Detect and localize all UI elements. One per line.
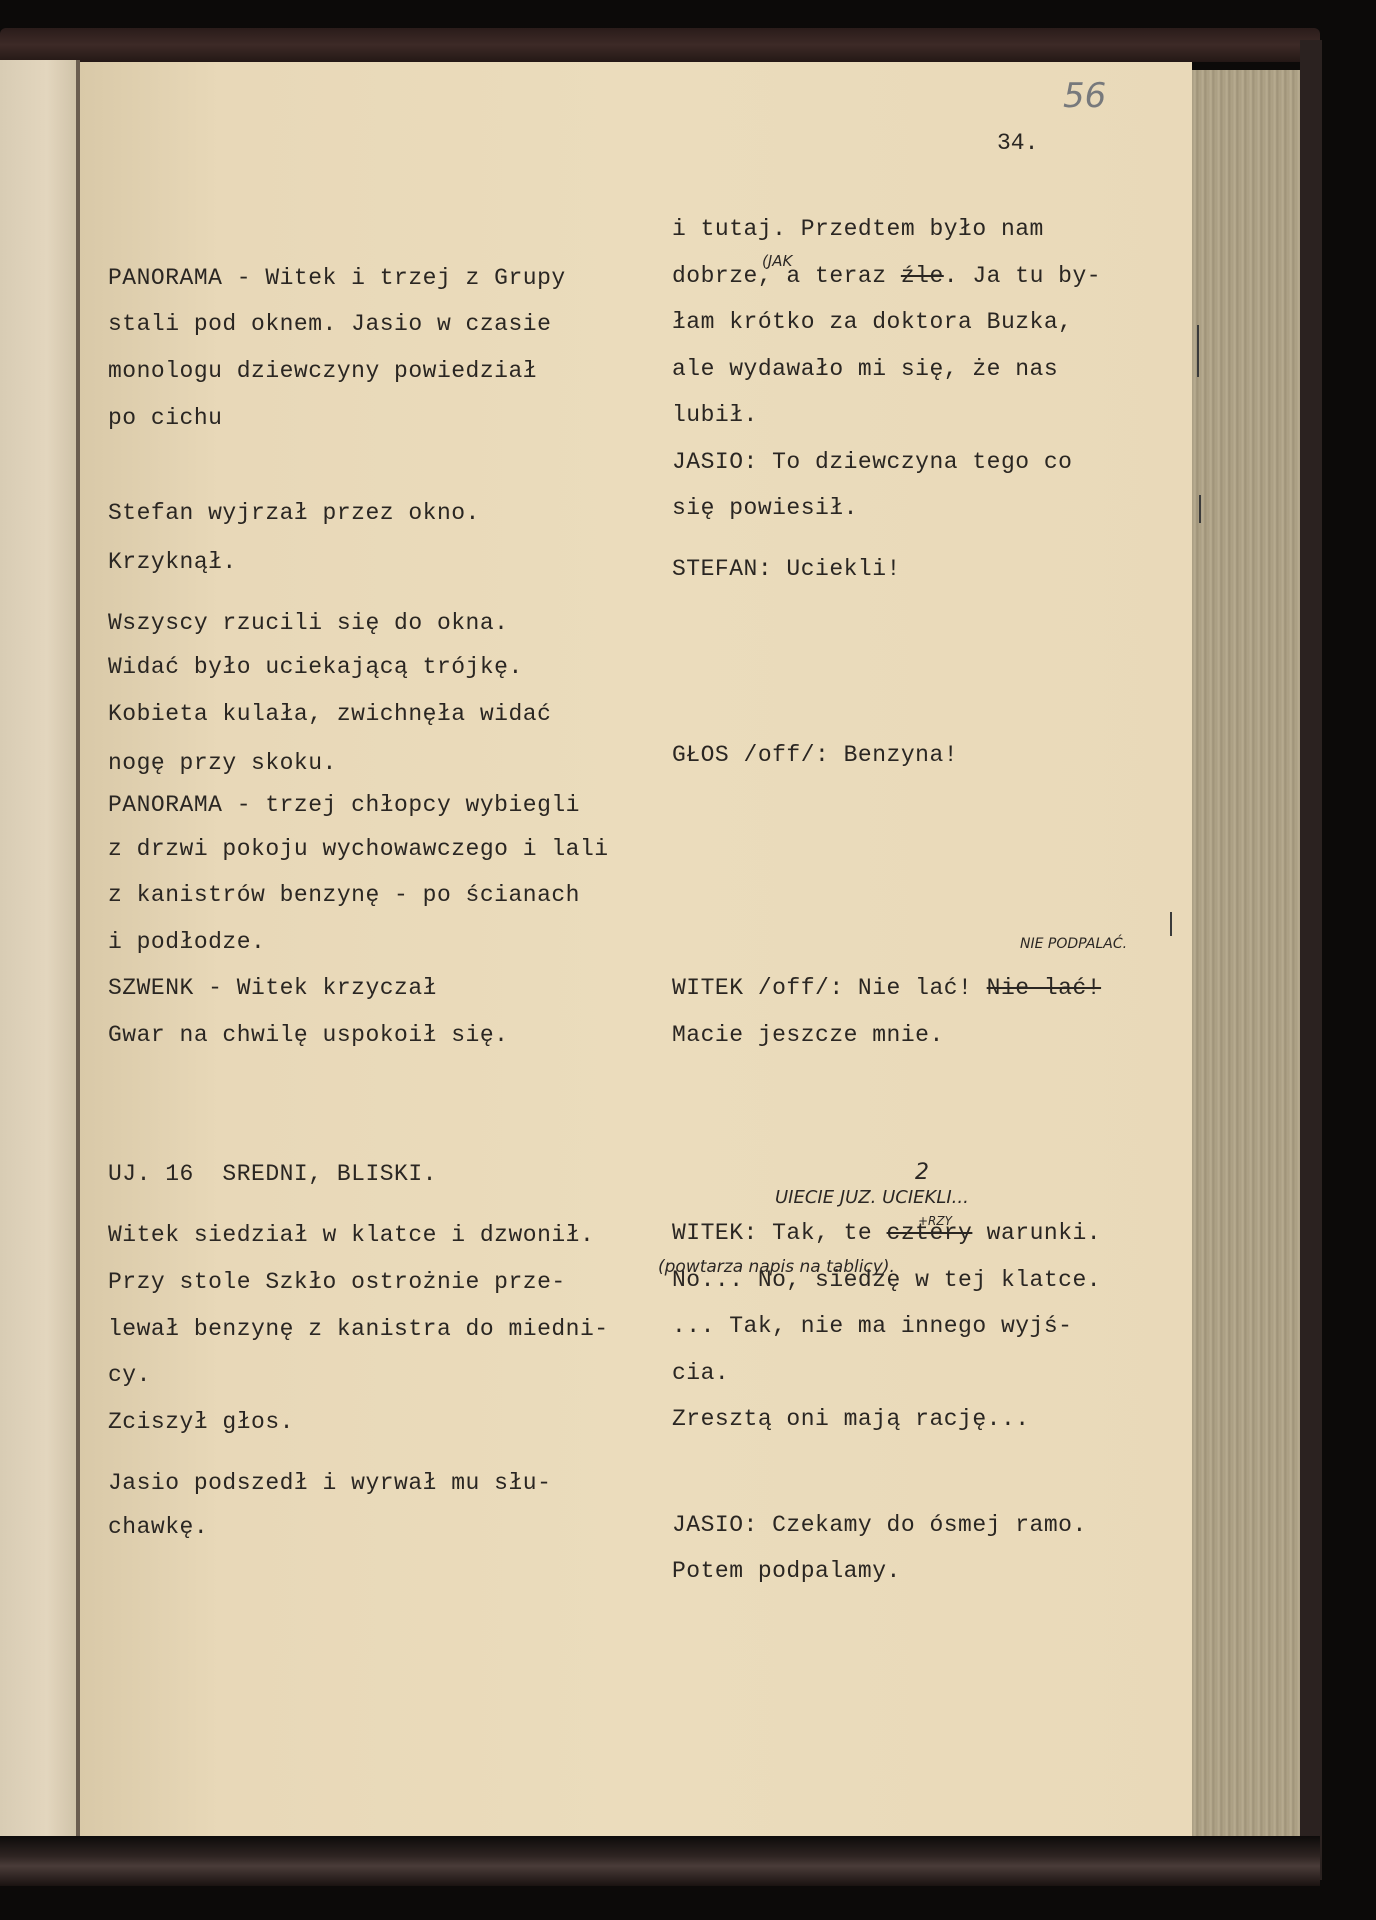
- typed-line: PANORAMA - trzej chłopcy wybiegli: [108, 791, 580, 819]
- typed-line: Gwar na chwilę uspokoił się.: [108, 1021, 508, 1049]
- typed-line: z drzwi pokoju wychowawczego i lali: [108, 835, 609, 863]
- handwritten-stage-note: (powtarza napis na tablicy).: [658, 1257, 895, 1277]
- typed-line: cy.: [108, 1361, 151, 1389]
- typed-line: ale wydawało mi się, że nas: [672, 355, 1058, 383]
- margin-mark: [1170, 912, 1172, 936]
- typed-line: WITEK /off/: Nie lać! Nie lać!: [672, 974, 1101, 1002]
- typed-line: STEFAN: Uciekli!: [672, 555, 901, 583]
- typed-line: cia.: [672, 1359, 729, 1387]
- typed-line: nogę przy skoku.: [108, 749, 337, 777]
- typed-line: stali pod oknem. Jasio w czasie: [108, 310, 551, 338]
- typed-line: Witek siedział w klatce i dzwonił.: [108, 1221, 594, 1249]
- typed-line: i podłodze.: [108, 928, 265, 956]
- typed-line: Stefan wyjrzał przez okno.: [108, 499, 480, 527]
- typed-line: z kanistrów benzynę - po ścianach: [108, 881, 580, 909]
- typed-line: JASIO: Czekamy do ósmej ramo.: [672, 1511, 1087, 1539]
- typed-line: lubił.: [672, 401, 758, 429]
- typed-line: Macie jeszcze mnie.: [672, 1021, 944, 1049]
- typed-line: Widać było uciekającą trójkę.: [108, 653, 523, 681]
- typed-line: lewał benzynę z kanistra do miedni-: [108, 1315, 609, 1343]
- typed-line: Kobieta kulała, zwichnęła widać: [108, 700, 551, 728]
- book-cover-bottom: [0, 1836, 1320, 1886]
- typed-page-number: 34.: [997, 130, 1038, 156]
- typed-line: łam krótko za doktora Buzka,: [672, 308, 1072, 336]
- book-cover-right: [1300, 40, 1322, 1880]
- typed-line: SZWENK - Witek krzyczał: [108, 974, 437, 1002]
- typed-line: Wszyscy rzucili się do okna.: [108, 609, 508, 637]
- typed-line: ... Tak, nie ma innego wyjś-: [672, 1312, 1072, 1340]
- page-stack-edge: [1192, 70, 1300, 1838]
- margin-pencil-line: [1197, 325, 1199, 377]
- previous-page-edge: [0, 60, 78, 1838]
- typed-line: Zciszył głos.: [108, 1408, 294, 1436]
- typed-line: GŁOS /off/: Benzyna!: [672, 741, 958, 769]
- typed-line: Zresztą oni mają rację...: [672, 1405, 1030, 1433]
- typed-line: PANORAMA - Witek i trzej z Grupy: [108, 264, 566, 292]
- typed-line: chawkę.: [108, 1513, 208, 1541]
- typed-line: WITEK: Tak, te cztery warunki.: [672, 1219, 1101, 1247]
- pencil-page-number: 56: [1063, 76, 1106, 116]
- typed-line: i tutaj. Przedtem było nam: [672, 215, 1044, 243]
- typed-line: Jasio podszedł i wyrwał mu słu-: [108, 1469, 551, 1497]
- typed-line: Przy stole Szkło ostrożnie prze-: [108, 1268, 566, 1296]
- handwritten-trzy: +RZY: [918, 1214, 952, 1228]
- handwritten-insert-jak: (JAK: [762, 252, 792, 270]
- typed-line: JASIO: To dziewczyna tego co: [672, 448, 1072, 476]
- typed-line: dobrze, a teraz źle. Ja tu by-: [672, 262, 1101, 290]
- handwritten-number: 2: [915, 1160, 929, 1185]
- handwritten-uciekli-note: UIECIE JUZ. UCIEKLI...: [775, 1187, 969, 1208]
- book-cover-top: [0, 28, 1320, 62]
- typed-line: UJ. 16 SREDNI, BLISKI.: [108, 1160, 437, 1188]
- typed-line: Potem podpalamy.: [672, 1557, 901, 1585]
- typed-line: Krzyknął.: [108, 548, 237, 576]
- margin-pencil-mark: [1199, 495, 1201, 523]
- typed-line: się powiesił.: [672, 494, 858, 522]
- typed-line: monologu dziewczyny powiedział: [108, 357, 537, 385]
- typed-line: po cichu: [108, 404, 222, 432]
- handwritten-nie-podpalac: NIE PODPALAĆ.: [1020, 936, 1127, 952]
